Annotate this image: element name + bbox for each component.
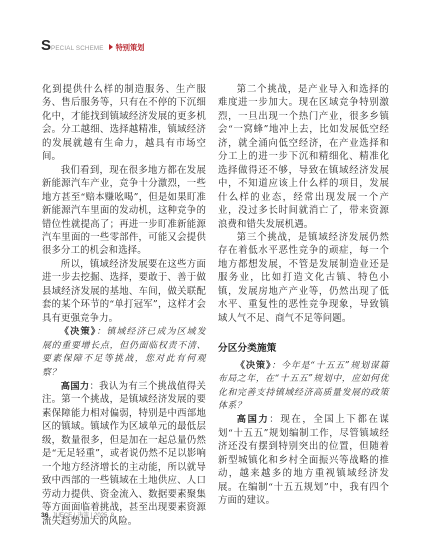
speaker-name: 高国力 — [61, 381, 90, 392]
spacer — [218, 325, 389, 338]
section-header: S PECIAL SCHEME 特别策划 — [41, 38, 144, 54]
interview-answer: 高国力：现在，全国上下都在谋划“十五五”规划编制工作，尽管镇域经济还没有摆到特别… — [218, 413, 389, 507]
publication-info: JUECE | 决策 | 2025. 8 — [53, 510, 114, 519]
paragraph: 我们看到，现在很多地方都在发展新能源汽车产业，竞争十分激烈，一些地方甚至“赔本赚… — [42, 164, 206, 258]
interview-question: 《决策》：今年是“十五五”规划谋篇布局之年，在“十五五”规划中，应如何优化和完善… — [218, 359, 389, 414]
speaker-name: 高国力 — [237, 414, 270, 425]
question-label: 《决策》 — [236, 360, 272, 371]
section-title: 分区分类施策 — [218, 342, 389, 355]
interview-answer: 高国力：我认为有三个挑战值得关注。第一个挑战，是镇域经济发展的要素保障能力相对偏… — [42, 380, 206, 528]
page-number: 36 — [41, 512, 49, 519]
question-label: 《决策》 — [60, 326, 97, 337]
paragraph: 所以，镇域经济发展要在这些方面进一步去挖掘、选择，要敢于、善于做县域经济发展的基… — [42, 258, 206, 325]
section-initial: S — [41, 38, 51, 54]
paragraph: 第三个挑战，是镇域经济发展仍然存在着低水平恶性竞争的顽症，每一个地方都想发展，不… — [218, 231, 389, 325]
answer-text: ：我认为有三个挑战值得关注。第一个挑战，是镇域经济发展的要素保障能力相对偏弱，特… — [42, 381, 206, 527]
page-footer: 36 JUECE | 决策 | 2025. 8 — [41, 510, 114, 519]
answer-text: ：现在，全国上下都在谋划“十五五”规划编制工作，尽管镇域经济还没有摆到特别突出的… — [218, 414, 389, 506]
triangle-arrow-icon — [109, 44, 113, 50]
interview-question: 《决策》：镇域经济已成为区域发展的重要增长点，但仍面临权责不清、要素保障不足等挑… — [42, 325, 206, 380]
right-column: 第二个挑战，是产业导入和选择的难度进一步加大。现在区域竞争特别激烈，一旦出现一个… — [218, 83, 389, 508]
paragraph: 第二个挑战，是产业导入和选择的难度进一步加大。现在区域竞争特别激烈，一旦出现一个… — [218, 83, 389, 231]
left-column: 化到提供什么样的制造服务、生产服务、售后服务等，只有在不停的下沉细化中，才能找到… — [42, 83, 206, 528]
section-name-cn: 特别策划 — [116, 43, 145, 53]
section-name-en: PECIAL SCHEME — [51, 45, 104, 52]
paragraph: 化到提供什么样的制造服务、生产服务、售后服务等，只有在不停的下沉细化中，才能找到… — [42, 83, 206, 164]
